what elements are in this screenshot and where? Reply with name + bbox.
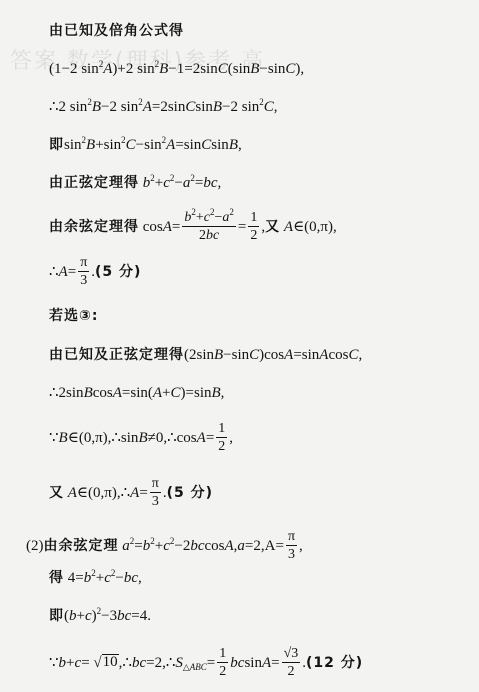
line-12: 又 A∈(0,π),∴A= π3 . (5 分) xyxy=(49,476,213,509)
fraction: √32 xyxy=(282,646,301,679)
line-14: 得 4=b2+c2−bc, xyxy=(49,569,142,587)
line-13: (2) 由余弦定理 a2=b2+c2−2bccosA,a=2,A= π3 , xyxy=(26,529,303,562)
fraction: π3 xyxy=(286,529,297,562)
label-text: 又 xyxy=(265,218,280,236)
document-page: 答案 数学(理科)参考 高 由已知及倍角公式得 (1−2 sin2A)+2 si… xyxy=(0,0,479,692)
equation: (1−2 sin2A)+2 sin2B−1=2sinC(sinB−sinC), xyxy=(49,60,304,78)
label-text: 即 xyxy=(49,136,64,154)
line-2: (1−2 sin2A)+2 sin2B−1=2sinC(sinB−sinC), xyxy=(49,60,304,78)
score-text: (5 分) xyxy=(167,484,213,502)
line-8: 若选③: xyxy=(49,307,98,325)
fraction: 12 xyxy=(217,646,228,679)
label-text: 即 xyxy=(49,607,64,625)
line-4: 即 sin2B+sin2C−sin2A=sinCsinB, xyxy=(49,136,242,154)
equation: sin2B+sin2C−sin2A=sinCsinB, xyxy=(64,136,242,154)
score-text: (12 分) xyxy=(306,654,363,672)
equation: (2sinB−sinC)cosA=sinAcosC, xyxy=(184,346,362,364)
label-text: 若选③: xyxy=(49,307,98,325)
square-root: √10 xyxy=(93,654,118,672)
line-6: 由余弦定理得 cosA= b2+c2−a22bc = 12 , 又 A∈(0,π… xyxy=(49,210,337,243)
label-text: 由余弦定理 xyxy=(44,537,119,555)
label-text: 由余弦定理得 xyxy=(49,218,139,236)
label-text: 又 xyxy=(49,484,64,502)
equation: ∴2 sin2B−2 sin2A=2sinCsinB−2 sin2C, xyxy=(49,98,278,116)
fraction: π3 xyxy=(150,476,161,509)
line-11: ∵B∈(0,π),∴sinB≠0,∴cosA= 12 , xyxy=(49,421,233,454)
fraction: b2+c2−a22bc xyxy=(182,210,236,243)
equation: cosA= xyxy=(139,218,180,236)
line-9: 由已知及正弦定理得 (2sinB−sinC)cosA=sinAcosC, xyxy=(49,346,362,364)
line-10: ∴2sinBcosA=sin(A+C)=sinB, xyxy=(49,384,224,402)
label-text: 由正弦定理得 xyxy=(49,174,139,192)
fraction: 12 xyxy=(216,421,227,454)
label-text: 得 xyxy=(49,569,64,587)
line-7: ∴A= π3 . (5 分) xyxy=(49,255,141,288)
heading-text: 由已知及倍角公式得 xyxy=(49,22,184,40)
score-text: (5 分) xyxy=(95,263,141,281)
line-5: 由正弦定理得 b2+c2−a2=bc, xyxy=(49,174,221,192)
equation: ∵B∈(0,π),∴sinB≠0,∴cosA= xyxy=(49,429,214,447)
line-1: 由已知及倍角公式得 xyxy=(49,22,184,40)
part-number: (2) xyxy=(26,537,44,555)
fraction: 12 xyxy=(248,210,259,243)
line-15: 即 (b+c)2−3bc=4. xyxy=(49,607,151,625)
label-text: 由已知及正弦定理得 xyxy=(49,346,184,364)
line-3: ∴2 sin2B−2 sin2A=2sinCsinB−2 sin2C, xyxy=(49,98,278,116)
line-16: ∵b+c= √10 ,∴bc=2,∴S△ABC= 12 bcsinA= √32 … xyxy=(49,646,363,679)
equation: ∴2sinBcosA=sin(A+C)=sinB, xyxy=(49,384,224,402)
fraction: π3 xyxy=(78,255,89,288)
equation: b2+c2−a2=bc, xyxy=(139,174,221,192)
